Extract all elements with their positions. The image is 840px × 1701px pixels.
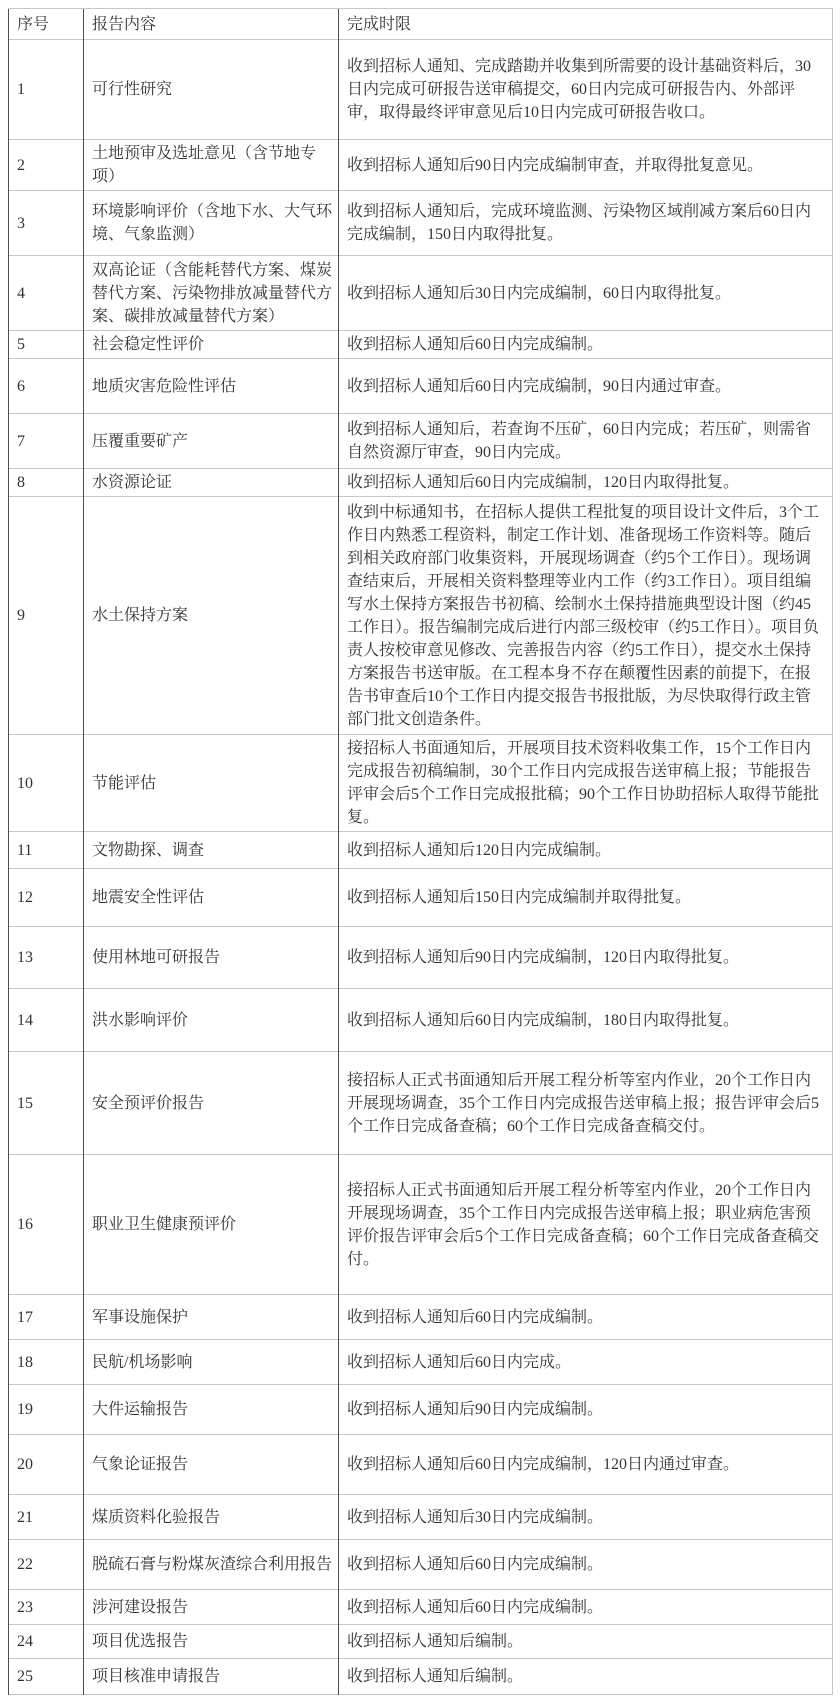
row-number: 21	[9, 1495, 84, 1540]
table-row: 19大件运输报告收到招标人通知后90日内完成编制。	[9, 1385, 833, 1435]
row-number: 14	[9, 989, 84, 1052]
report-content: 安全预评价报告	[84, 1052, 339, 1155]
report-content: 脱硫石膏与粉煤灰渣综合利用报告	[84, 1540, 339, 1590]
completion-deadline: 收到招标人通知后90日内完成编制审查，并取得批复意见。	[339, 140, 833, 191]
table-row: 1可行性研究收到招标人通知、完成踏勘并收集到所需要的设计基础资料后，30日内完成…	[9, 40, 833, 140]
row-number: 12	[9, 869, 84, 927]
report-content: 煤质资料化验报告	[84, 1495, 339, 1540]
completion-deadline: 收到招标人通知后60日内完成编制。	[339, 1590, 833, 1625]
row-number: 23	[9, 1590, 84, 1625]
completion-deadline: 收到招标人通知后60日内完成编制，90日内通过审查。	[339, 359, 833, 414]
row-number: 15	[9, 1052, 84, 1155]
row-number: 10	[9, 735, 84, 832]
completion-deadline: 收到招标人通知后60日内完成编制。	[339, 1295, 833, 1340]
report-content: 社会稳定性评价	[84, 331, 339, 359]
header-row: 序号 报告内容 完成时限	[9, 9, 833, 40]
completion-deadline: 收到招标人通知后编制。	[339, 1659, 833, 1695]
table-row: 24项目优选报告收到招标人通知后编制。	[9, 1625, 833, 1659]
column-header-no: 序号	[9, 9, 84, 40]
report-content: 民航/机场影响	[84, 1340, 339, 1385]
table-row: 18民航/机场影响收到招标人通知后60日内完成。	[9, 1340, 833, 1385]
completion-deadline: 收到招标人通知后，若查询不压矿，60日内完成；若压矿，则需省自然资源厅审查，90…	[339, 414, 833, 469]
completion-deadline: 收到招标人通知后90日内完成编制，120日内取得批复。	[339, 927, 833, 989]
row-number: 22	[9, 1540, 84, 1590]
completion-deadline: 收到招标人通知后60日内完成编制。	[339, 1540, 833, 1590]
report-content: 土地预审及选址意见（含节地专项）	[84, 140, 339, 191]
table-row: 16职业卫生健康预评价接招标人正式书面通知后开展工程分析等室内作业，20个工作日…	[9, 1155, 833, 1295]
row-number: 13	[9, 927, 84, 989]
row-number: 17	[9, 1295, 84, 1340]
row-number: 5	[9, 331, 84, 359]
report-content: 大件运输报告	[84, 1385, 339, 1435]
report-content: 文物勘探、调查	[84, 832, 339, 869]
table-row: 11文物勘探、调查收到招标人通知后120日内完成编制。	[9, 832, 833, 869]
report-content: 地质灾害危险性评估	[84, 359, 339, 414]
report-content: 使用林地可研报告	[84, 927, 339, 989]
report-content: 双高论证（含能耗替代方案、煤炭替代方案、污染物排放减量替代方案、碳排放减量替代方…	[84, 256, 339, 331]
table-row: 14洪水影响评价收到招标人通知后60日内完成编制，180日内取得批复。	[9, 989, 833, 1052]
completion-deadline: 收到招标人通知、完成踏勘并收集到所需要的设计基础资料后，30日内完成可研报告送审…	[339, 40, 833, 140]
document-page: 序号 报告内容 完成时限 1可行性研究收到招标人通知、完成踏勘并收集到所需要的设…	[0, 0, 840, 1701]
table-row: 17军事设施保护收到招标人通知后60日内完成编制。	[9, 1295, 833, 1340]
completion-deadline: 收到招标人通知后60日内完成编制，180日内取得批复。	[339, 989, 833, 1052]
report-content: 项目核准申请报告	[84, 1659, 339, 1695]
report-content: 环境影响评价（含地下水、大气环境、气象监测）	[84, 191, 339, 256]
report-content: 项目优选报告	[84, 1625, 339, 1659]
completion-deadline: 收到招标人通知后90日内完成编制。	[339, 1385, 833, 1435]
table-row: 23涉河建设报告收到招标人通知后60日内完成编制。	[9, 1590, 833, 1625]
report-deadline-table: 序号 报告内容 完成时限 1可行性研究收到招标人通知、完成踏勘并收集到所需要的设…	[8, 8, 833, 1695]
table-row: 6地质灾害危险性评估收到招标人通知后60日内完成编制，90日内通过审查。	[9, 359, 833, 414]
completion-deadline: 收到招标人通知后150日内完成编制并取得批复。	[339, 869, 833, 927]
row-number: 25	[9, 1659, 84, 1695]
table-body: 1可行性研究收到招标人通知、完成踏勘并收集到所需要的设计基础资料后，30日内完成…	[9, 40, 833, 1695]
completion-deadline: 收到招标人通知后120日内完成编制。	[339, 832, 833, 869]
row-number: 20	[9, 1435, 84, 1495]
row-number: 3	[9, 191, 84, 256]
completion-deadline: 收到招标人通知后编制。	[339, 1625, 833, 1659]
completion-deadline: 收到招标人通知后，完成环境监测、污染物区域削减方案后60日内完成编制，150日内…	[339, 191, 833, 256]
table-row: 8水资源论证收到招标人通知后60日内完成编制，120日内取得批复。	[9, 469, 833, 497]
completion-deadline: 收到招标人通知后60日内完成编制。	[339, 331, 833, 359]
table-row: 12地震安全性评估收到招标人通知后150日内完成编制并取得批复。	[9, 869, 833, 927]
completion-deadline: 收到招标人通知后30日内完成编制，60日内取得批复。	[339, 256, 833, 331]
row-number: 6	[9, 359, 84, 414]
table-row: 22脱硫石膏与粉煤灰渣综合利用报告收到招标人通知后60日内完成编制。	[9, 1540, 833, 1590]
table-row: 10节能评估接招标人书面通知后，开展项目技术资料收集工作，15个工作日内完成报告…	[9, 735, 833, 832]
completion-deadline: 收到招标人通知后30日内完成编制。	[339, 1495, 833, 1540]
report-content: 气象论证报告	[84, 1435, 339, 1495]
report-content: 洪水影响评价	[84, 989, 339, 1052]
report-content: 可行性研究	[84, 40, 339, 140]
column-header-completion-deadline: 完成时限	[339, 9, 833, 40]
completion-deadline: 接招标人正式书面通知后开展工程分析等室内作业，20个工作日内开展现场调查，35个…	[339, 1155, 833, 1295]
table-row: 15安全预评价报告接招标人正式书面通知后开展工程分析等室内作业，20个工作日内开…	[9, 1052, 833, 1155]
row-number: 4	[9, 256, 84, 331]
table-header: 序号 报告内容 完成时限	[9, 9, 833, 40]
report-content: 职业卫生健康预评价	[84, 1155, 339, 1295]
report-content: 地震安全性评估	[84, 869, 339, 927]
table-row: 5社会稳定性评价收到招标人通知后60日内完成编制。	[9, 331, 833, 359]
table-row: 9水土保持方案收到中标通知书，在招标人提供工程批复的项目设计文件后，3个工作日内…	[9, 497, 833, 735]
row-number: 19	[9, 1385, 84, 1435]
completion-deadline: 收到招标人通知后60日内完成编制，120日内通过审查。	[339, 1435, 833, 1495]
report-content: 水土保持方案	[84, 497, 339, 735]
table-row: 21煤质资料化验报告收到招标人通知后30日内完成编制。	[9, 1495, 833, 1540]
row-number: 24	[9, 1625, 84, 1659]
completion-deadline: 收到招标人通知后60日内完成编制，120日内取得批复。	[339, 469, 833, 497]
row-number: 18	[9, 1340, 84, 1385]
completion-deadline: 接招标人书面通知后，开展项目技术资料收集工作，15个工作日内完成报告初稿编制，3…	[339, 735, 833, 832]
table-row: 25项目核准申请报告收到招标人通知后编制。	[9, 1659, 833, 1695]
report-content: 节能评估	[84, 735, 339, 832]
row-number: 9	[9, 497, 84, 735]
row-number: 16	[9, 1155, 84, 1295]
completion-deadline: 收到招标人通知后60日内完成。	[339, 1340, 833, 1385]
table-row: 4双高论证（含能耗替代方案、煤炭替代方案、污染物排放减量替代方案、碳排放减量替代…	[9, 256, 833, 331]
table-row: 3环境影响评价（含地下水、大气环境、气象监测）收到招标人通知后，完成环境监测、污…	[9, 191, 833, 256]
report-content: 水资源论证	[84, 469, 339, 497]
report-content: 压覆重要矿产	[84, 414, 339, 469]
completion-deadline: 收到中标通知书，在招标人提供工程批复的项目设计文件后，3个工作日内熟悉工程资料，…	[339, 497, 833, 735]
row-number: 8	[9, 469, 84, 497]
table-row: 13使用林地可研报告收到招标人通知后90日内完成编制，120日内取得批复。	[9, 927, 833, 989]
table-row: 20气象论证报告收到招标人通知后60日内完成编制，120日内通过审查。	[9, 1435, 833, 1495]
report-content: 涉河建设报告	[84, 1590, 339, 1625]
row-number: 7	[9, 414, 84, 469]
row-number: 2	[9, 140, 84, 191]
column-header-report-content: 报告内容	[84, 9, 339, 40]
table-row: 2土地预审及选址意见（含节地专项）收到招标人通知后90日内完成编制审查，并取得批…	[9, 140, 833, 191]
completion-deadline: 接招标人正式书面通知后开展工程分析等室内作业，20个工作日内开展现场调查，35个…	[339, 1052, 833, 1155]
row-number: 11	[9, 832, 84, 869]
row-number: 1	[9, 40, 84, 140]
report-content: 军事设施保护	[84, 1295, 339, 1340]
table-row: 7压覆重要矿产收到招标人通知后，若查询不压矿，60日内完成；若压矿，则需省自然资…	[9, 414, 833, 469]
